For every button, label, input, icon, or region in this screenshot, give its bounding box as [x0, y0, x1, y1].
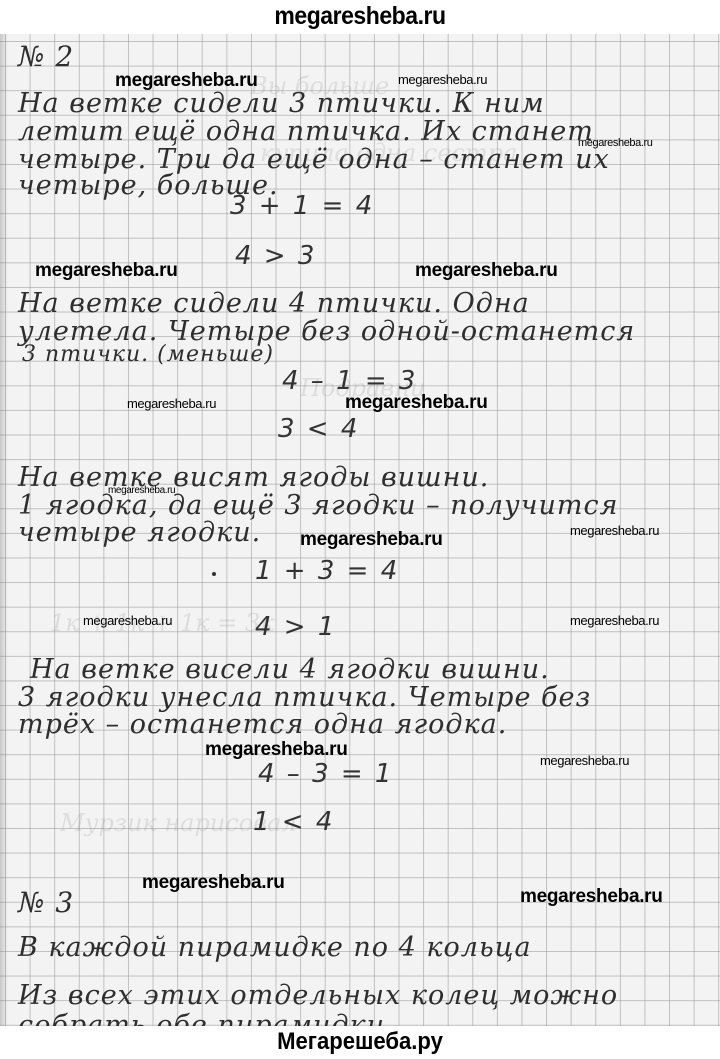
watermark: megaresheba.ru — [142, 872, 285, 894]
stray-dot — [212, 572, 216, 576]
story-line: На ветке висят ягоды вишни. — [18, 462, 489, 493]
site-footer: Мегарешеба.ру — [29, 1026, 691, 1059]
watermark: megaresheba.ru — [540, 753, 629, 768]
watermark: megaresheba.ru — [415, 260, 558, 282]
story-line: На ветке сидели 4 птички. Одна — [18, 288, 530, 319]
watermark: megaresheba.ru — [570, 613, 659, 628]
watermark: megaresheba.ru — [398, 72, 487, 87]
watermark: megaresheba.ru — [205, 739, 348, 761]
story-line: четыре ягодки. — [18, 517, 261, 548]
story-line: В каждой пирамидке по 4 кольца — [18, 932, 532, 963]
comparison: 4 > 3 — [235, 241, 316, 271]
story-line: На ветке сидели 3 птички. К ним — [18, 88, 545, 119]
comparison: 1 < 4 — [253, 807, 334, 837]
comparison: 4 > 1 — [255, 612, 336, 642]
equation: 3 + 1 = 4 — [230, 191, 374, 221]
watermark: megaresheba.ru — [520, 886, 663, 908]
watermark: megaresheba.ru — [108, 485, 175, 496]
watermark: megaresheba.ru — [345, 392, 488, 414]
watermark: megaresheba.ru — [35, 260, 178, 282]
story-line: собрать обе пирамидки — [18, 1010, 385, 1026]
task-number: № 2 — [18, 40, 74, 73]
watermark: megaresheba.ru — [115, 70, 258, 92]
story-line: На ветке висели 4 ягодки вишни. — [30, 654, 550, 685]
watermark: megaresheba.ru — [127, 396, 216, 411]
story-line: 3 птички. (меньше) — [22, 342, 274, 367]
task-number: № 3 — [18, 886, 74, 919]
story-line: летит ещё одна птичка. Их станет — [18, 116, 594, 147]
notebook-page: Вы больше купила одна сестра Подравни 1к… — [0, 34, 720, 1026]
watermark: megaresheba.ru — [578, 137, 653, 149]
site-header: megaresheba.ru — [29, 0, 691, 34]
comparison: 3 < 4 — [278, 414, 359, 444]
watermark: megaresheba.ru — [300, 529, 443, 551]
story-line: трёх – останется одна ягодка. — [18, 709, 507, 740]
equation: 4 – 3 = 1 — [258, 759, 393, 789]
equation: 1 + 3 = 4 — [255, 556, 399, 586]
watermark: megaresheba.ru — [83, 613, 172, 628]
story-line: Из всех этих отдельных колец можно — [18, 980, 618, 1011]
watermark: megaresheba.ru — [570, 523, 659, 538]
